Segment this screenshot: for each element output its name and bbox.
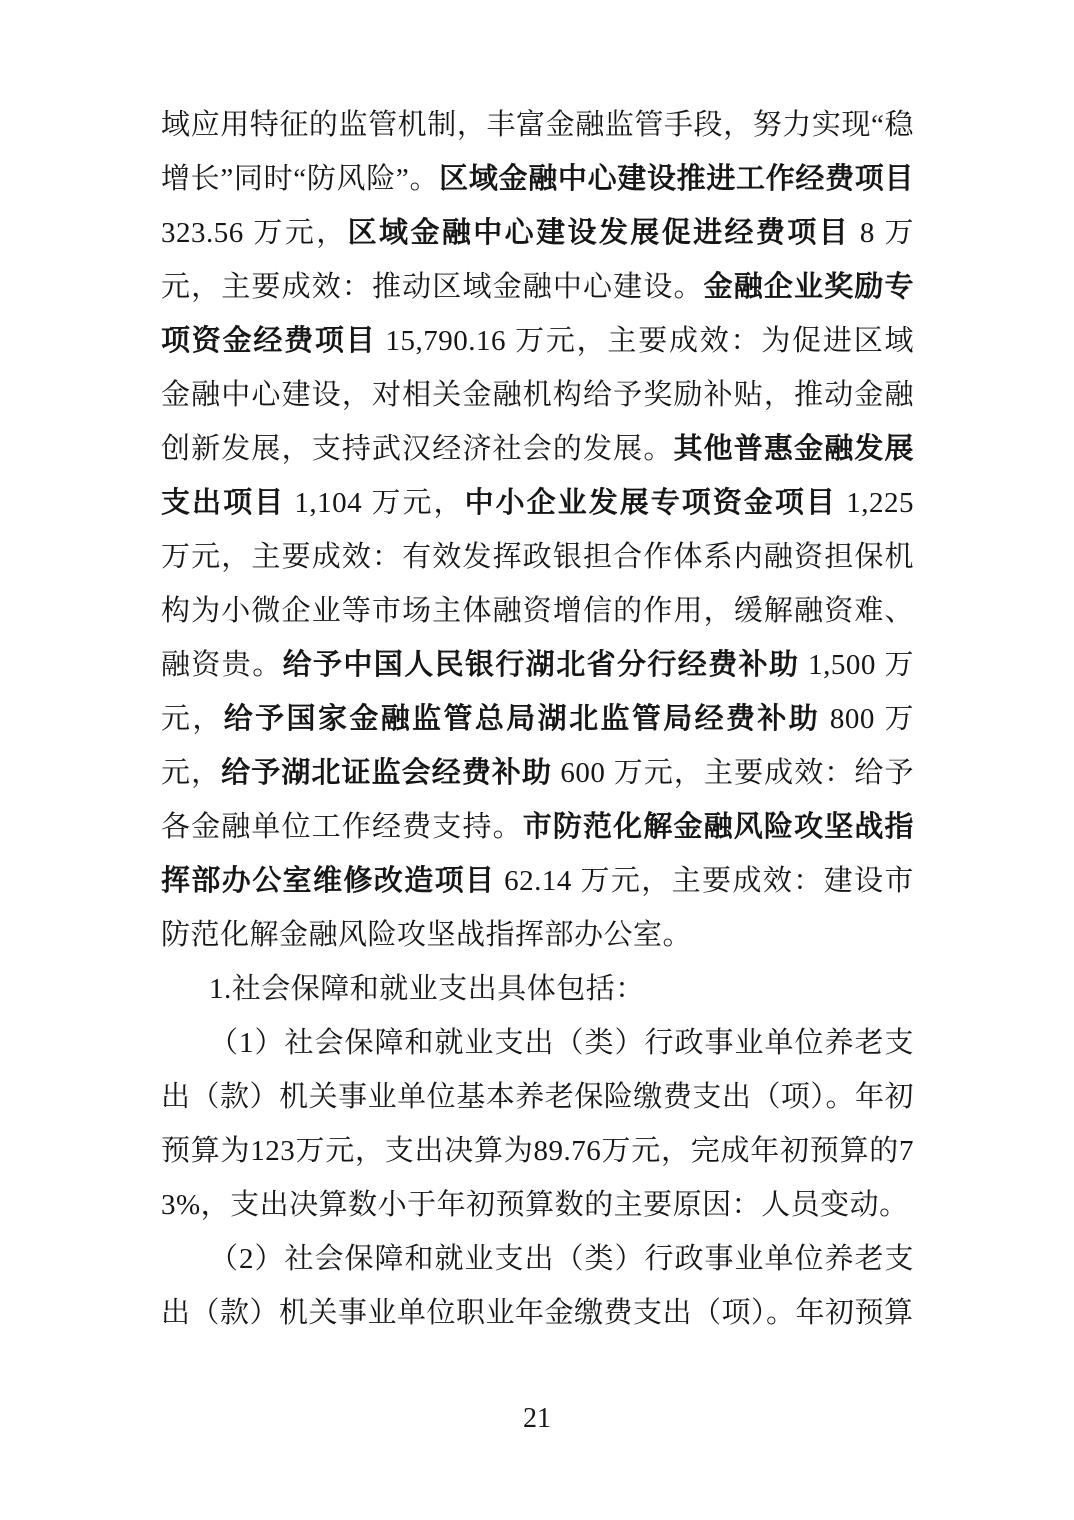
text-run: 323.56 万元， bbox=[161, 217, 348, 249]
text-run-bold: 区域金融中心建设推进工作经费项目 bbox=[439, 163, 914, 195]
paragraph-social-security-item-2: （2）社会保障和就业支出（类）行政事业单位养老支出（款）机关事业单位职业年金缴费… bbox=[161, 1232, 914, 1340]
paragraph-social-security-item-1: （1）社会保障和就业支出（类）行政事业单位养老支出（款）机关事业单位基本养老保险… bbox=[161, 1016, 914, 1232]
document-body: 域应用特征的监管机制，丰富金融监管手段，努力实现“稳增长”同时“防风险”。区域金… bbox=[161, 98, 914, 1340]
page-number: 21 bbox=[0, 1402, 1074, 1436]
text-run: 1,104 万元， bbox=[285, 487, 464, 519]
text-run-bold: 给予湖北证监会经费补助 bbox=[221, 757, 552, 789]
text-run-bold: 中小企业发展专项资金项目 bbox=[465, 487, 837, 519]
paragraph-finance-expenditure-projects: 域应用特征的监管机制，丰富金融监管手段，努力实现“稳增长”同时“防风险”。区域金… bbox=[161, 98, 914, 962]
text-run: 1.社会保障和就业支出具体包括： bbox=[209, 973, 645, 1005]
text-run-bold: 给予国家金融监管总局湖北监管局经费补助 bbox=[224, 703, 820, 735]
paragraph-social-security-heading: 1.社会保障和就业支出具体包括： bbox=[161, 962, 914, 1016]
text-run: （2）社会保障和就业支出（类）行政事业单位养老支出（款）机关事业单位职业年金缴费… bbox=[161, 1243, 914, 1329]
text-run-bold: 区域金融中心建设发展促进经费项目 bbox=[348, 217, 851, 249]
text-run: （1）社会保障和就业支出（类）行政事业单位养老支出（款）机关事业单位基本养老保险… bbox=[161, 1027, 914, 1221]
text-run-bold: 给予中国人民银行湖北省分行经费补助 bbox=[283, 649, 800, 681]
document-page: 域应用特征的监管机制，丰富金融监管手段，努力实现“稳增长”同时“防风险”。区域金… bbox=[0, 0, 1074, 1520]
